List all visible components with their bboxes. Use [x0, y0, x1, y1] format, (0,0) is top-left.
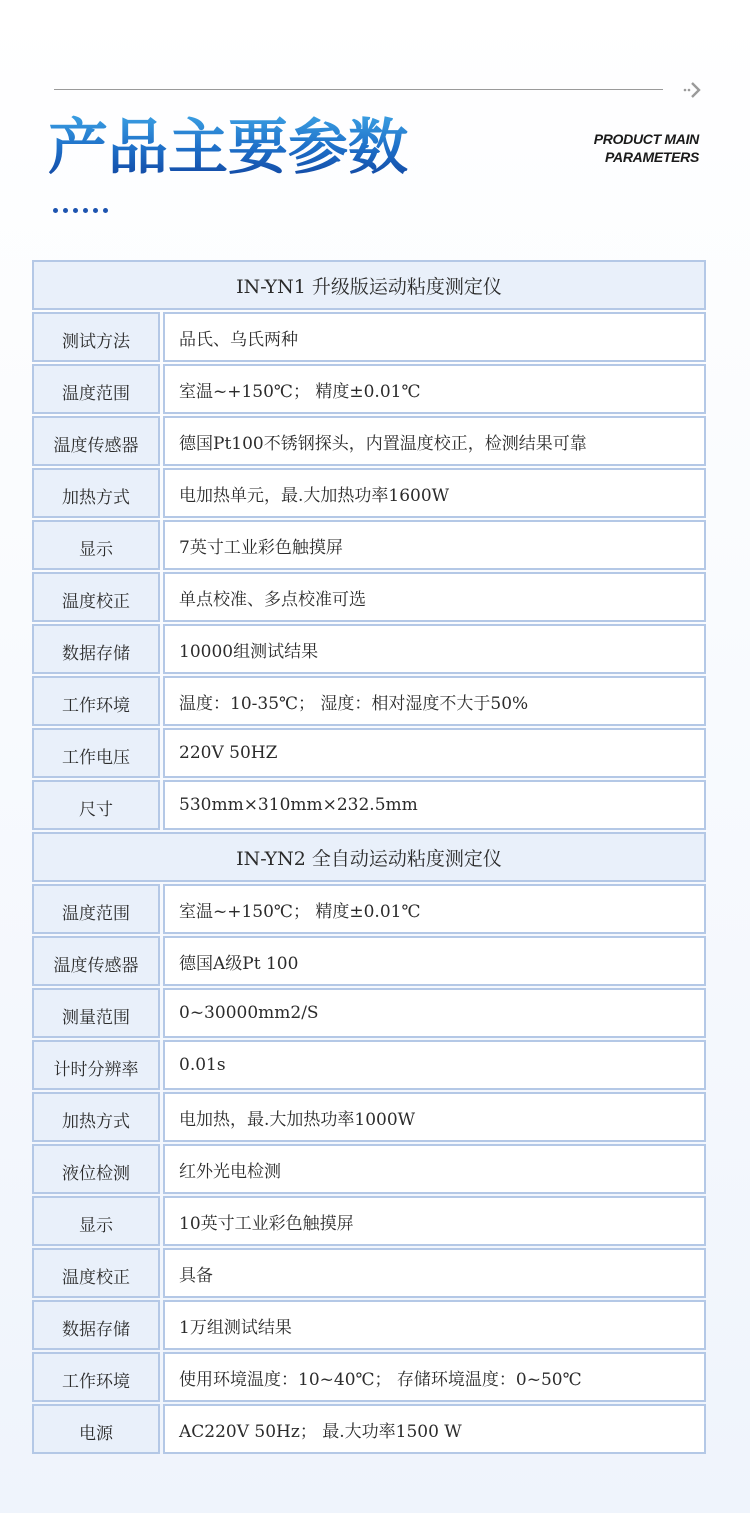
dot [63, 208, 68, 213]
table-row: 温度传感器德国Pt100不锈钢探头，内置温度校正，检测结果可靠 [32, 416, 706, 466]
dot [73, 208, 78, 213]
row-value: 单点校准、多点校准可选 [163, 572, 706, 622]
row-label: 数据存储 [32, 1300, 160, 1350]
row-label: 电源 [32, 1404, 160, 1454]
row-label: 温度传感器 [32, 416, 160, 466]
row-label: 温度传感器 [32, 936, 160, 986]
row-label: 温度校正 [32, 1248, 160, 1298]
row-label: 工作环境 [32, 676, 160, 726]
table-row: 电源AC220V 50Hz； 最.大功率1500 W [32, 1404, 706, 1454]
row-label: 显示 [32, 520, 160, 570]
row-value: 红外光电检测 [163, 1144, 706, 1194]
dot [93, 208, 98, 213]
row-value: 德国A级Pt 100 [163, 936, 706, 986]
row-value: 1万组测试结果 [163, 1300, 706, 1350]
row-value: 220V 50HZ [163, 728, 706, 778]
row-value: 7英寸工业彩色触摸屏 [163, 520, 706, 570]
section-header-yn2: IN-YN2 全自动运动粘度测定仪 [32, 832, 706, 882]
dot [83, 208, 88, 213]
table-row: 显示10英寸工业彩色触摸屏 [32, 1196, 706, 1246]
row-value: AC220V 50Hz； 最.大功率1500 W [163, 1404, 706, 1454]
row-value: 室温~+150℃； 精度±0.01℃ [163, 884, 706, 934]
row-value: 室温~+150℃； 精度±0.01℃ [163, 364, 706, 414]
table-row: 温度校正具备 [32, 1248, 706, 1298]
row-label: 温度范围 [32, 884, 160, 934]
table-row: 温度传感器德国A级Pt 100 [32, 936, 706, 986]
subtitle-line-1: PRODUCT MAIN [594, 130, 699, 148]
dot [53, 208, 58, 213]
table-row: 液位检测红外光电检测 [32, 1144, 706, 1194]
page-subtitle: PRODUCT MAIN PARAMETERS [594, 130, 699, 166]
table-row: 工作环境温度：10-35℃； 湿度：相对湿度不大于50% [32, 676, 706, 726]
row-value: 0~30000mm2/S [163, 988, 706, 1038]
table-row: 温度范围室温~+150℃； 精度±0.01℃ [32, 364, 706, 414]
row-label: 温度校正 [32, 572, 160, 622]
table-row: 工作电压220V 50HZ [32, 728, 706, 778]
row-value: 0.01s [163, 1040, 706, 1090]
row-value: 具备 [163, 1248, 706, 1298]
decorative-dots-icon [53, 208, 108, 213]
table-row: 温度范围室温~+150℃； 精度±0.01℃ [32, 884, 706, 934]
row-label: 工作电压 [32, 728, 160, 778]
table-row: 数据存储1万组测试结果 [32, 1300, 706, 1350]
row-value: 10000组测试结果 [163, 624, 706, 674]
row-label: 尺寸 [32, 780, 160, 830]
row-value: 德国Pt100不锈钢探头，内置温度校正，检测结果可靠 [163, 416, 706, 466]
dotted-chevron-right-icon [682, 80, 704, 100]
row-value: 温度：10-35℃； 湿度：相对湿度不大于50% [163, 676, 706, 726]
row-label: 加热方式 [32, 468, 160, 518]
row-label: 测试方法 [32, 312, 160, 362]
header-divider-line [54, 89, 663, 90]
table-row: 计时分辨率0.01s [32, 1040, 706, 1090]
row-label: 温度范围 [32, 364, 160, 414]
table-row: 测量范围0~30000mm2/S [32, 988, 706, 1038]
row-value: 电加热单元，最.大加热功率1600W [163, 468, 706, 518]
table-row: 加热方式电加热单元，最.大加热功率1600W [32, 468, 706, 518]
row-label: 计时分辨率 [32, 1040, 160, 1090]
row-label: 显示 [32, 1196, 160, 1246]
table-row: 加热方式电加热，最.大加热功率1000W [32, 1092, 706, 1142]
page-title: 产品主要参数 [48, 110, 408, 186]
parameters-table: IN-YN1 升级版运动粘度测定仪 测试方法品氏、乌氏两种 温度范围室温~+15… [32, 260, 706, 1456]
row-value: 10英寸工业彩色触摸屏 [163, 1196, 706, 1246]
section-header-yn1: IN-YN1 升级版运动粘度测定仪 [32, 260, 706, 310]
row-value: 530mm×310mm×232.5mm [163, 780, 706, 830]
dot [103, 208, 108, 213]
row-label: 加热方式 [32, 1092, 160, 1142]
table-row: 数据存储10000组测试结果 [32, 624, 706, 674]
table-row: 尺寸530mm×310mm×232.5mm [32, 780, 706, 830]
row-label: 数据存储 [32, 624, 160, 674]
table-row: 温度校正单点校准、多点校准可选 [32, 572, 706, 622]
subtitle-line-2: PARAMETERS [594, 148, 699, 166]
table-row: 显示7英寸工业彩色触摸屏 [32, 520, 706, 570]
row-value: 品氏、乌氏两种 [163, 312, 706, 362]
row-label: 液位检测 [32, 1144, 160, 1194]
row-label: 测量范围 [32, 988, 160, 1038]
table-row: 工作环境使用环境温度：10~40℃； 存储环境温度：0~50℃ [32, 1352, 706, 1402]
table-row: 测试方法品氏、乌氏两种 [32, 312, 706, 362]
row-value: 使用环境温度：10~40℃； 存储环境温度：0~50℃ [163, 1352, 706, 1402]
row-value: 电加热，最.大加热功率1000W [163, 1092, 706, 1142]
row-label: 工作环境 [32, 1352, 160, 1402]
